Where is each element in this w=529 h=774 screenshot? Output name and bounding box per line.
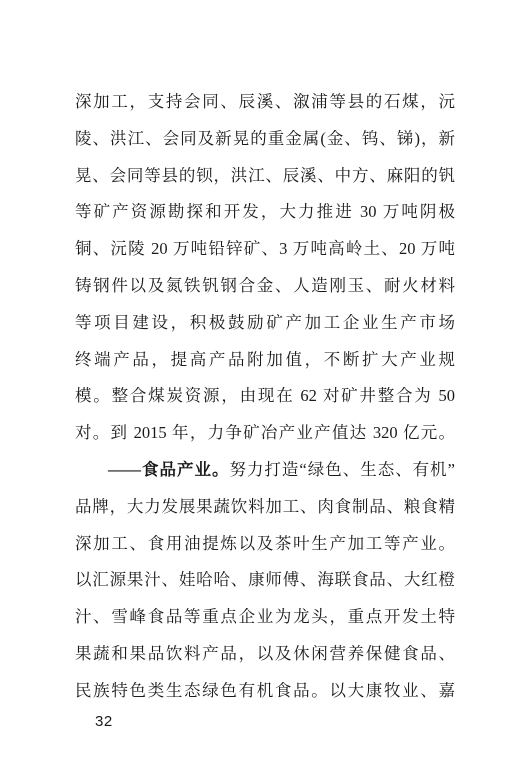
text-line: 模。整合煤炭资源，由现在 62 对矿井整合为 50 — [75, 378, 455, 415]
text-line: 以汇源果汁、娃哈哈、康师傅、海联食品、大红橙 — [75, 562, 455, 599]
text-line: 深加工，支持会同、辰溪、溆浦等县的石煤，沅 — [75, 84, 455, 121]
body-text: 深加工，支持会同、辰溪、溆浦等县的石煤，沅 陵、洪江、会同及新晃的重金属(金、钨… — [75, 84, 455, 710]
text-line: 民族特色类生态绿色有机食品。以大康牧业、嘉 — [75, 673, 455, 710]
text-line: 汁、雪峰食品等重点企业为龙头，重点开发土特 — [75, 599, 455, 636]
text-line: 陵、洪江、会同及新晃的重金属(金、钨、锑)，新 — [75, 121, 455, 158]
text-line: 铜、沅陵 20 万吨铅锌矿、3 万吨高岭土、20 万吨 — [75, 231, 455, 268]
text-line: 晃、会同等县的钡，洪江、辰溪、中方、麻阳的钒 — [75, 158, 455, 195]
text-line: 铸钢件以及氮铁钒钢合金、人造刚玉、耐火材料 — [75, 268, 455, 305]
text-line: 对。到 2015 年，力争矿冶产业产值达 320 亿元。 — [75, 415, 455, 452]
text-line: 果蔬和果品饮料产品，以及休闲营养保健食品、 — [75, 636, 455, 673]
text-line: 品牌，大力发展果蔬饮料加工、肉食制品、粮食精 — [75, 489, 455, 526]
text-line: ——食品产业。努力打造“绿色、生态、有机” — [75, 452, 455, 489]
food-industry-heading: ——食品产业。 — [108, 460, 229, 479]
text-line: 等矿产资源勘探和开发，大力推进 30 万吨阴极 — [75, 194, 455, 231]
document-page: 深加工，支持会同、辰溪、溆浦等县的石煤，沅 陵、洪江、会同及新晃的重金属(金、钨… — [0, 0, 529, 774]
text-line-rest: 努力打造“绿色、生态、有机” — [229, 460, 455, 479]
text-line: 终端产品，提高产品附加值，不断扩大产业规 — [75, 342, 455, 379]
text-line: 深加工、食用油提炼以及茶叶生产加工等产业。 — [75, 526, 455, 563]
text-line: 等项目建设，积极鼓励矿产加工企业生产市场 — [75, 305, 455, 342]
page-number: 32 — [95, 712, 113, 732]
